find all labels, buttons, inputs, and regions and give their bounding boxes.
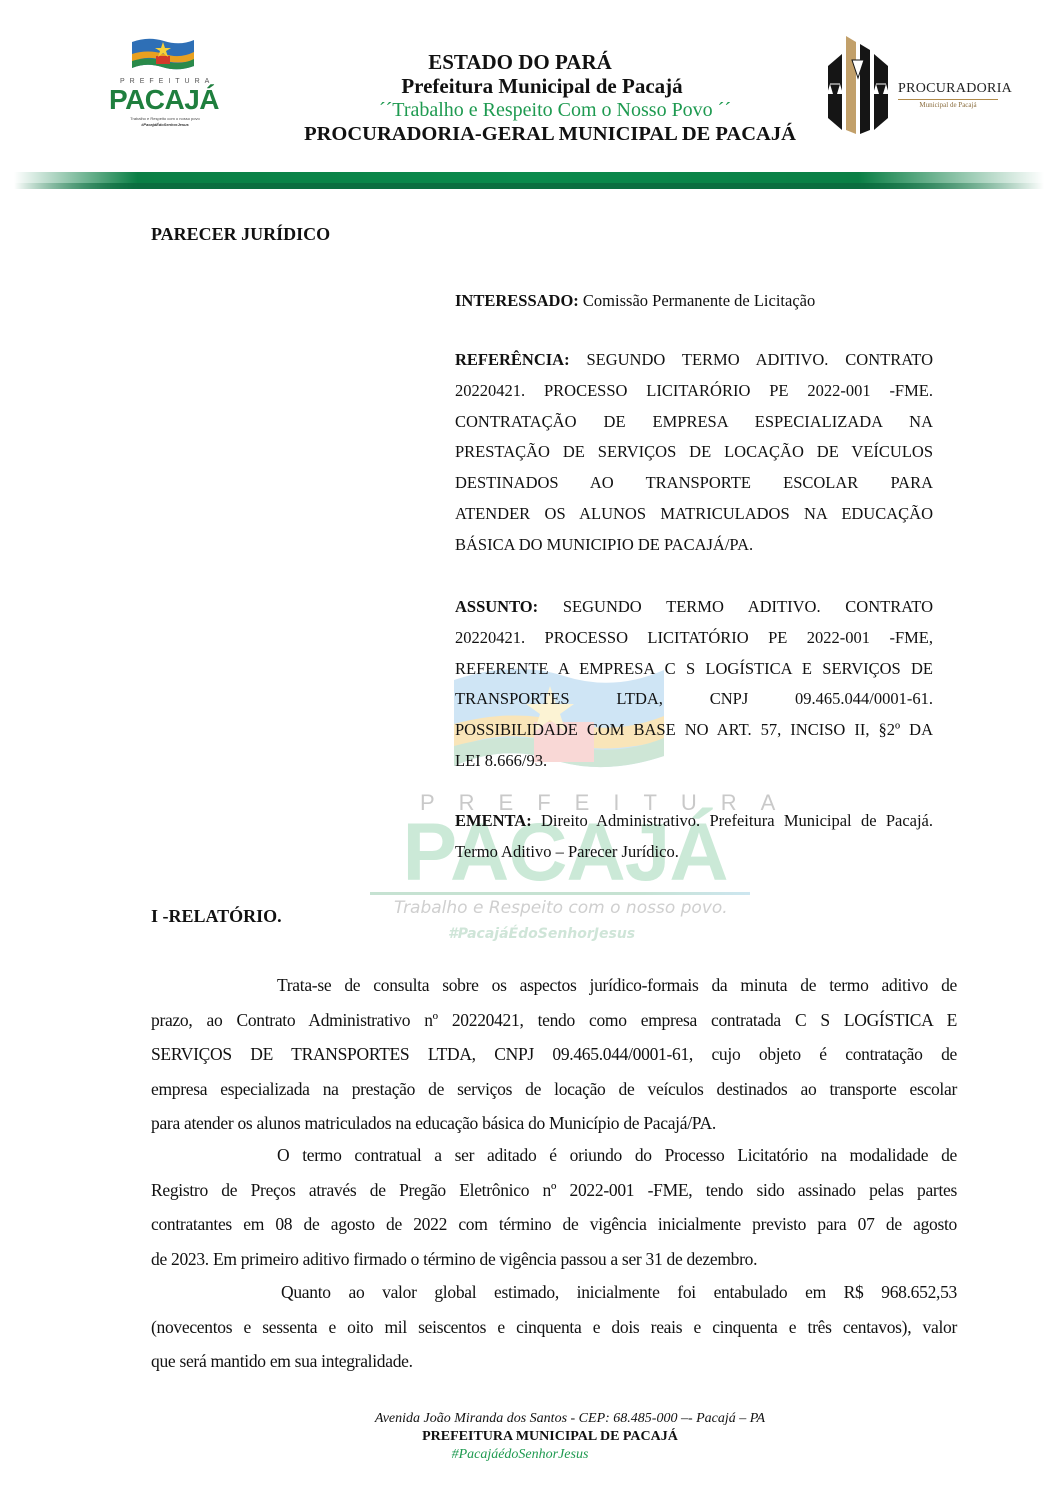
referencia-line: CONTRATAÇÃO DE EMPRESA ESPECIALIZADA NA bbox=[455, 407, 933, 438]
motto: ´´Trabalho e Respeito Com o Nosso Povo ´… bbox=[290, 98, 820, 122]
paragraph-line: empresa especializada na prestação de se… bbox=[151, 1072, 957, 1107]
procuradoria-title: PROCURADORIA bbox=[898, 81, 1012, 97]
assunto-field: ASSUNTO: SEGUNDO TERMO ADITIVO. CONTRATO… bbox=[455, 592, 933, 777]
paragraph-line: que será mantido em sua integralidade. bbox=[151, 1344, 957, 1379]
letterhead: ESTADO DO PARÁ Prefeitura Municipal de P… bbox=[280, 50, 820, 146]
pacaja-flag-icon bbox=[130, 36, 196, 74]
ementa-field: EMENTA: Direito Administrativo. Prefeitu… bbox=[455, 806, 933, 868]
procuradoria-subtitle: Municipal de Pacajá bbox=[898, 101, 998, 109]
assunto-line: SEGUNDO TERMO ADITIVO. CONTRATO bbox=[563, 597, 933, 616]
paragraph-line: prazo, ao Contrato Administrativo nº 202… bbox=[151, 1003, 957, 1038]
referencia-label: REFERÊNCIA: bbox=[455, 350, 570, 369]
paragraph-line: Trata-se de consulta sobre os aspectos j… bbox=[151, 968, 957, 1003]
assunto-line: LEI 8.666/93. bbox=[455, 746, 933, 777]
section-heading-relatorio: I -RELATÓRIO. bbox=[151, 906, 282, 927]
procuradoria-logo: PROCURADORIA Municipal de Pacajá bbox=[822, 32, 1022, 136]
state-name: ESTADO DO PARÁ bbox=[220, 50, 820, 74]
paragraph-line: O termo contratual a ser aditado é oriun… bbox=[151, 1138, 957, 1173]
ementa-line: Termo Aditivo – Parecer Jurídico. bbox=[455, 837, 933, 868]
watermark-hashtag: #PacajáÉdoSenhorJesus bbox=[448, 926, 635, 942]
paragraph: O termo contratual a ser aditado é oriun… bbox=[151, 1138, 957, 1276]
interessado-value: Comissão Permanente de Licitação bbox=[583, 291, 815, 310]
interessado-field: INTERESSADO: Comissão Permanente de Lici… bbox=[455, 286, 933, 317]
footer-address: Avenida João Miranda dos Santos - CEP: 6… bbox=[330, 1410, 810, 1428]
paragraph: Trata-se de consulta sobre os aspectos j… bbox=[151, 968, 957, 1141]
procuradoria-divider bbox=[898, 99, 998, 100]
paragraph-line: de 2023. Em primeiro aditivo firmado o t… bbox=[151, 1242, 957, 1277]
referencia-line: ATENDER OS ALUNOS MATRICULADOS NA EDUCAÇ… bbox=[455, 499, 933, 530]
ementa-label: EMENTA: bbox=[455, 811, 532, 830]
referencia-field: REFERÊNCIA: SEGUNDO TERMO ADITIVO. CONTR… bbox=[455, 345, 933, 561]
document-title: PARECER JURÍDICO bbox=[151, 224, 330, 245]
watermark-divider bbox=[370, 892, 750, 895]
paragraph-line: contratantes em 08 de agosto de 2022 com… bbox=[151, 1207, 957, 1242]
footer-prefeitura: PREFEITURA MUNICIPAL DE PACAJÁ bbox=[290, 1428, 810, 1446]
ementa-line: Direito Administrativo. Prefeitura Munic… bbox=[541, 811, 933, 830]
assunto-line: 20220421. PROCESSO LICITATÓRIO PE 2022-0… bbox=[455, 623, 933, 654]
header-divider-bar bbox=[14, 172, 1044, 189]
paragraph: Quanto ao valor global estimado, inicial… bbox=[151, 1275, 957, 1379]
assunto-label: ASSUNTO: bbox=[455, 597, 538, 616]
paragraph-line: SERVIÇOS DE TRANSPORTES LTDA, CNPJ 09.46… bbox=[151, 1037, 957, 1072]
page-footer: Avenida João Miranda dos Santos - CEP: 6… bbox=[330, 1410, 810, 1464]
logo-tagline: Trabalho e Respeito com o nosso povo bbox=[106, 116, 224, 121]
paragraph-line: para atender os alunos matriculados na e… bbox=[151, 1106, 957, 1141]
paragraph-line: Quanto ao valor global estimado, inicial… bbox=[151, 1275, 957, 1310]
scales-pen-icon bbox=[822, 32, 894, 136]
referencia-line: DESTINADOS AO TRANSPORTE ESCOLAR PARA bbox=[455, 468, 933, 499]
assunto-line: POSSIBILIDADE COM BASE NO ART. 57, INCIS… bbox=[455, 715, 933, 746]
prefeitura-pacaja-logo: PREFEITURA PACAJÁ Trabalho e Respeito co… bbox=[100, 34, 228, 124]
watermark-tagline: Trabalho e Respeito com o nosso povo. bbox=[394, 898, 728, 918]
referencia-line: SEGUNDO TERMO ADITIVO. CONTRATO bbox=[586, 350, 933, 369]
logo-hashtag: #PacajáÉdoSenhorJesus bbox=[120, 122, 210, 127]
referencia-line: BÁSICA DO MUNICIPIO DE PACAJÁ/PA. bbox=[455, 530, 933, 561]
interessado-label: INTERESSADO: bbox=[455, 291, 579, 310]
referencia-line: 20220421. PROCESSO LICITARÓRIO PE 2022-0… bbox=[455, 376, 933, 407]
assunto-line: REFERENTE A EMPRESA C S LOGÍSTICA E SERV… bbox=[455, 654, 933, 685]
logo-name: PACAJÁ bbox=[102, 84, 226, 116]
procuradoria-name: PROCURADORIA-GERAL MUNICIPAL DE PACAJÁ bbox=[280, 122, 820, 146]
assunto-line: TRANSPORTES LTDA, CNPJ 09.465.044/0001-6… bbox=[455, 684, 933, 715]
paragraph-line: (novecentos e sessenta e oito mil seisce… bbox=[151, 1310, 957, 1345]
prefeitura-name: Prefeitura Municipal de Pacajá bbox=[264, 74, 820, 98]
footer-hashtag: #PacajáédoSenhorJesus bbox=[230, 1446, 810, 1464]
paragraph-line: Registro de Preços através de Pregão Ele… bbox=[151, 1173, 957, 1208]
referencia-line: PRESTAÇÃO DE SERVIÇOS DE LOCAÇÃO DE VEÍC… bbox=[455, 437, 933, 468]
